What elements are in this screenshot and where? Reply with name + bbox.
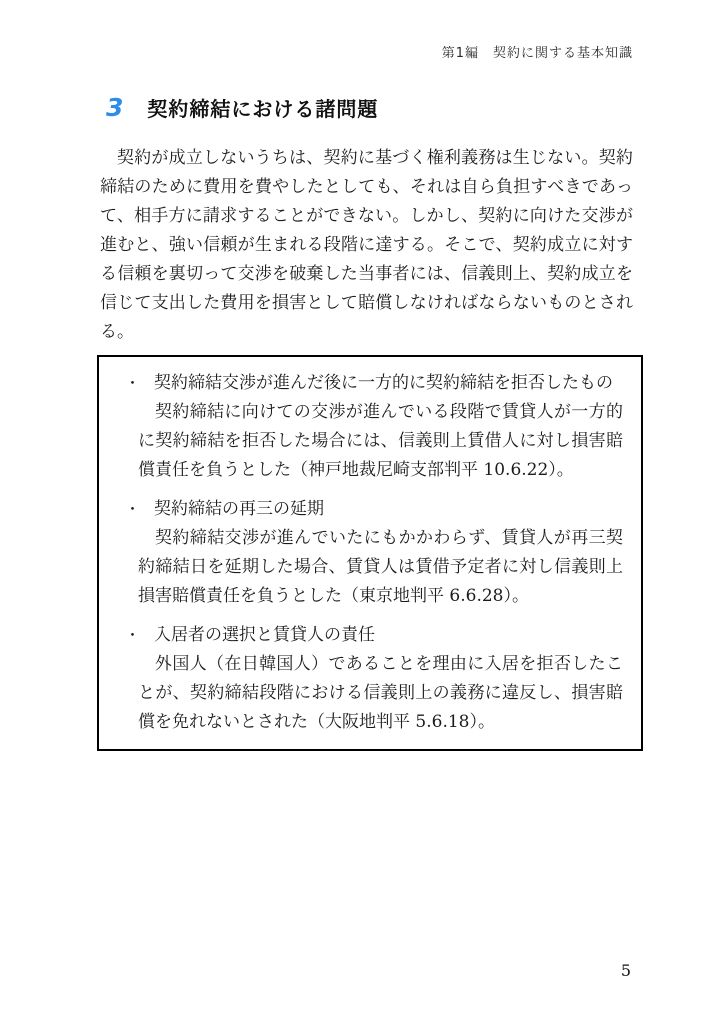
case-item-title: 入居者の選択と賃貸人の責任 [154,621,623,650]
document-page: 第1編 契約に関する基本知識 3 契約締結における諸問題 契約が成立しないうちは… [0,0,723,1024]
running-header: 第1編 契約に関する基本知識 [100,42,633,61]
bullet-icon: ・ [125,369,154,398]
case-item: ・ 入居者の選択と賃貸人の責任 外国人（在日韓国人）であることを理由に入居を拒否… [99,621,623,737]
case-item-body: 外国人（在日韓国人）であることを理由に入居を拒否したことが、契約締結段階における… [138,650,623,737]
case-item: ・ 契約締結の再三の延期 契約締結交渉が進んでいたにもかかわらず、賃貸人が再三契… [99,495,623,611]
section-title: 契約締結における諸問題 [147,93,378,122]
case-item-title-row: ・ 契約締結の再三の延期 [125,495,623,524]
bullet-icon: ・ [125,495,154,524]
case-item: ・ 契約締結交渉が進んだ後に一方的に契約締結を拒否したもの 契約締結に向けての交… [99,369,623,485]
case-box: ・ 契約締結交渉が進んだ後に一方的に契約締結を拒否したもの 契約締結に向けての交… [97,355,643,751]
bullet-icon: ・ [125,621,154,650]
case-item-title-row: ・ 契約締結交渉が進んだ後に一方的に契約締結を拒否したもの [125,369,623,398]
case-item-title: 契約締結交渉が進んだ後に一方的に契約締結を拒否したもの [154,369,623,398]
intro-paragraph: 契約が成立しないうちは、契約に基づく権利義務は生じない。契約締結のために費用を費… [100,144,633,347]
case-item-body: 契約締結に向けての交渉が進んでいる段階で賃貸人が一方的に契約締結を拒否した場合に… [138,398,623,485]
case-item-body: 契約締結交渉が進んでいたにもかかわらず、賃貸人が再三契約締結日を延期した場合、賃… [138,524,623,611]
section-heading: 3 契約締結における諸問題 [100,93,633,122]
case-item-title-row: ・ 入居者の選択と賃貸人の責任 [125,621,623,650]
page-number: 5 [621,961,631,980]
case-item-title: 契約締結の再三の延期 [154,495,623,524]
section-number: 3 [106,93,123,122]
